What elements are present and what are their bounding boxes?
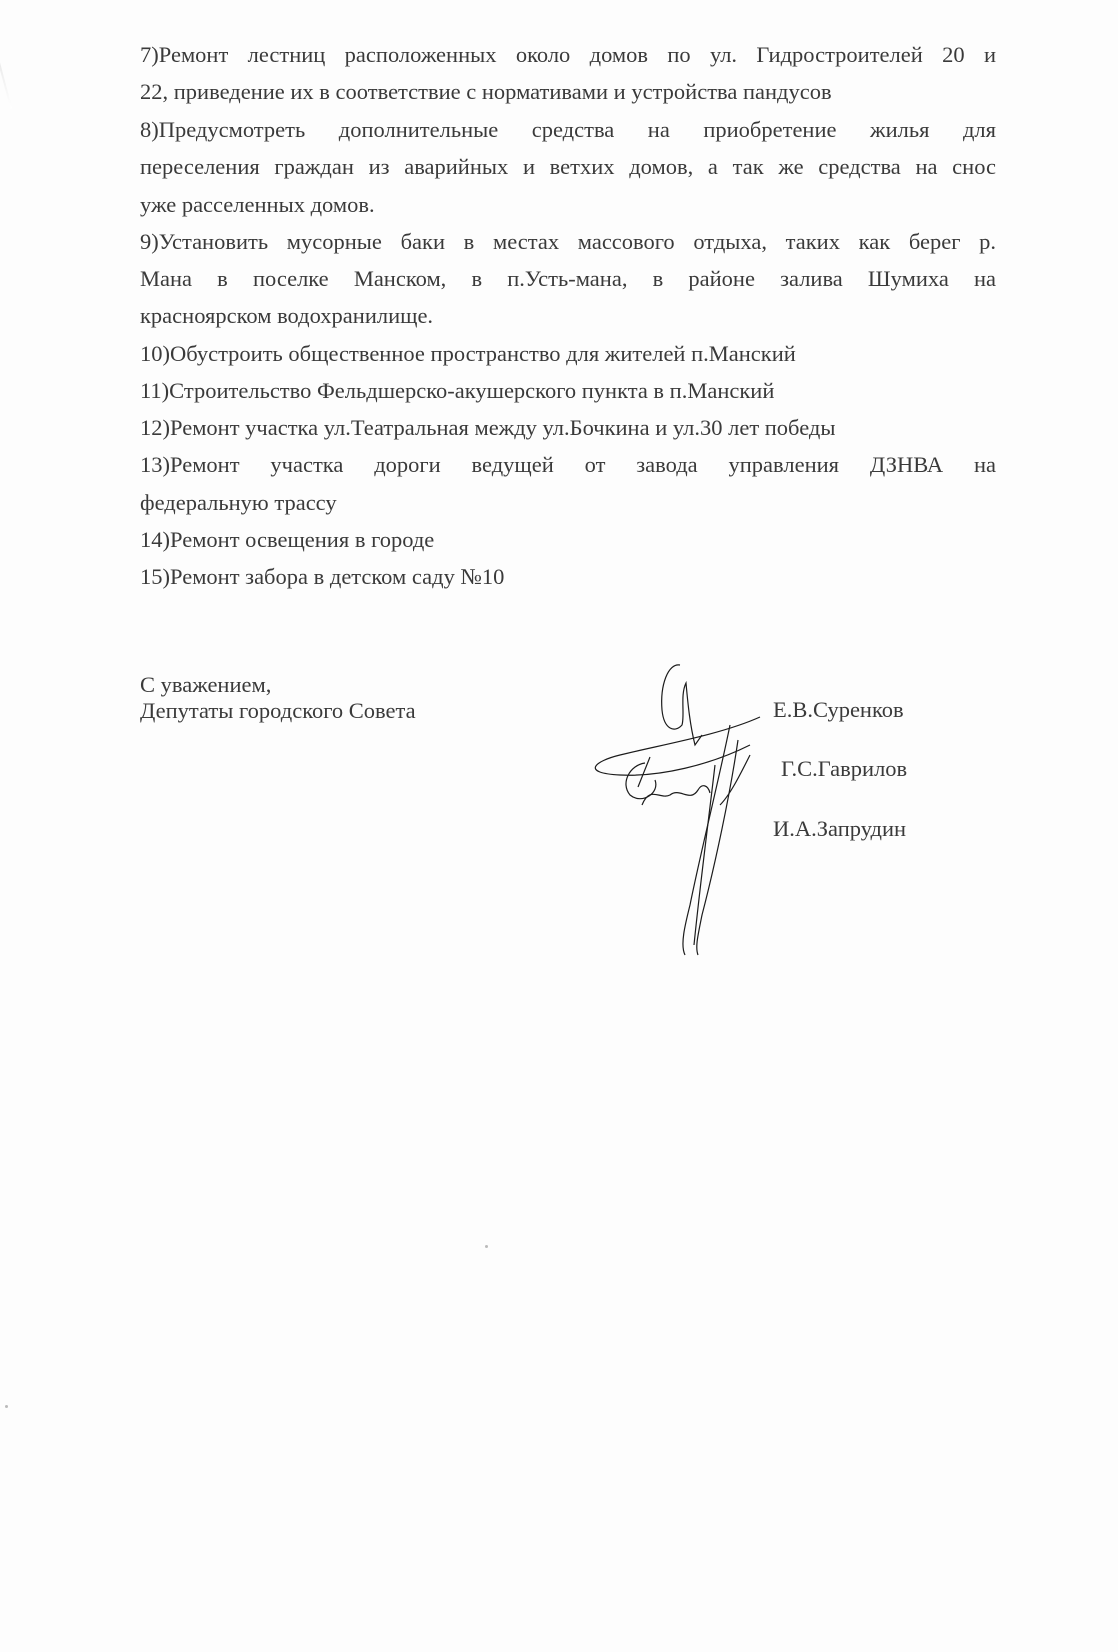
item-7-line-2: 22, приведение их в соответствие с норма…	[140, 79, 996, 105]
closing-salutation: С уважением,	[140, 672, 271, 698]
closing-signed-by: Депутаты городского Совета	[140, 698, 416, 724]
signer-2: Г.С.Гаврилов	[781, 756, 907, 782]
item-15: 15)Ремонт забора в детском саду №10	[140, 564, 996, 590]
item-8-line-1: 8)Предусмотреть дополнительные средства …	[140, 117, 996, 143]
item-9-line-1: 9)Установить мусорные баки в местах масс…	[140, 229, 996, 255]
handwritten-signatures	[590, 655, 790, 960]
item-14: 14)Ремонт освещения в городе	[140, 527, 996, 553]
scan-speck	[485, 1245, 488, 1248]
item-13-line-1: 13)Ремонт участка дороги ведущей от заво…	[140, 452, 996, 478]
item-8-line-3: уже расселенных домов.	[140, 192, 996, 218]
item-10: 10)Обустроить общественное пространство …	[140, 341, 996, 367]
signer-3: И.А.Запрудин	[773, 816, 906, 842]
item-8-line-2: переселения граждан из аварийных и ветхи…	[140, 154, 996, 180]
item-11: 11)Строительство Фельдшерско-акушерского…	[140, 378, 996, 404]
document-page: 7)Ремонт лестниц расположенных около дом…	[0, 0, 1118, 1652]
item-12: 12)Ремонт участка ул.Театральная между у…	[140, 415, 996, 441]
item-13-line-2: федеральную трассу	[140, 490, 996, 516]
scan-speck	[5, 1405, 8, 1408]
signer-1: Е.В.Суренков	[773, 697, 904, 723]
item-9-line-2: Мана в поселке Манском, в п.Усть-мана, в…	[140, 266, 996, 292]
item-9-line-3: красноярском водохранилище.	[140, 303, 996, 329]
scan-edge-mark	[0, 31, 12, 109]
item-7-line-1: 7)Ремонт лестниц расположенных около дом…	[140, 42, 996, 68]
